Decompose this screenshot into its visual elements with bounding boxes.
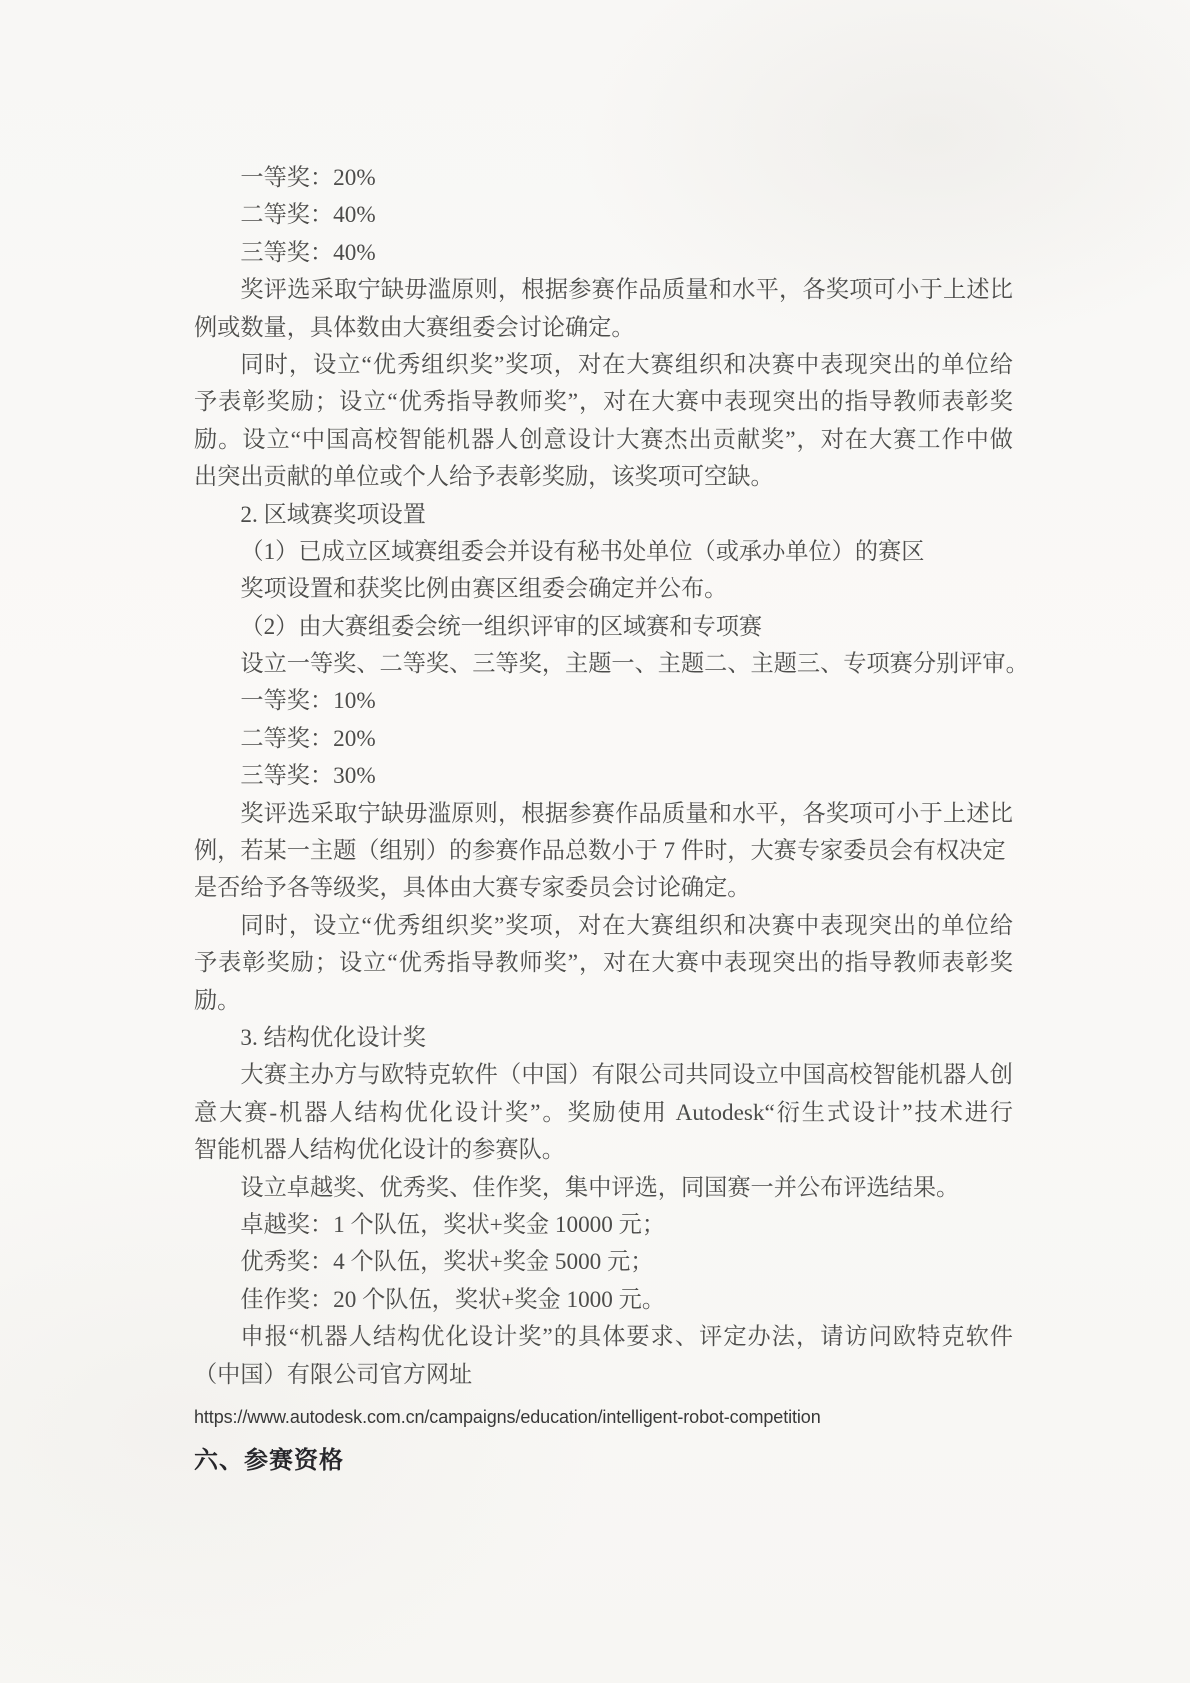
text-line-award-third-prize: 三等奖：30%: [194, 758, 1013, 795]
text-line: 励。: [194, 983, 1013, 1020]
text-line-award-second-prize: 二等奖：40%: [194, 197, 1013, 234]
text-line: 例或数量，具体数由大赛组委会讨论确定。: [194, 310, 1013, 347]
text-line-subsection-2: 2. 区域赛奖项设置: [194, 497, 1013, 534]
text-line-item-1: （1）已成立区域赛组委会并设有秘书处单位（或承办单位）的赛区: [194, 534, 1013, 571]
text-line-award-third-prize: 三等奖：40%: [194, 235, 1013, 272]
text-line: 意大赛-机器人结构优化设计奖”。奖励使用 Autodesk“衍生式设计”技术进行: [194, 1095, 1013, 1132]
text-line: 例，若某一主题（组别）的参赛作品总数小于 7 件时，大赛专家委员会有权决定: [194, 833, 1013, 870]
text-line: 大赛主办方与欧特克软件（中国）有限公司共同设立中国高校智能机器人创: [194, 1057, 1013, 1094]
text-line: 申报“机器人结构优化设计奖”的具体要求、评定办法，请访问欧特克软件: [194, 1319, 1013, 1356]
text-line: 设立卓越奖、优秀奖、佳作奖，集中评选，同国赛一并公布评选结果。: [194, 1170, 1013, 1207]
text-line-award-merit: 优秀奖：4 个队伍，奖状+奖金 5000 元；: [194, 1244, 1013, 1281]
text-line: 是否给予各等级奖，具体由大赛专家委员会讨论确定。: [194, 870, 1013, 907]
text-line: 同时，设立“优秀组织奖”奖项，对在大赛组织和决赛中表现突出的单位给: [194, 908, 1013, 945]
autodesk-competition-url: https://www.autodesk.com.cn/campaigns/ed…: [194, 1399, 1013, 1436]
text-line: 励。设立“中国高校智能机器人创意设计大赛杰出贡献奖”，对在大赛工作中做: [194, 422, 1013, 459]
text-line-award-excellence: 卓越奖：1 个队伍，奖状+奖金 10000 元；: [194, 1207, 1013, 1244]
document-body: 一等奖：20% 二等奖：40% 三等奖：40% 奖评选采取宁缺毋滥原则，根据参赛…: [194, 160, 1013, 1480]
text-line: 奖项设置和获奖比例由赛区组委会确定并公布。: [194, 571, 1013, 608]
text-line-subsection-3: 3. 结构优化设计奖: [194, 1020, 1013, 1057]
text-line: 设立一等奖、二等奖、三等奖，主题一、主题二、主题三、专项赛分别评审。: [194, 646, 1013, 683]
text-line: 智能机器人结构优化设计的参赛队。: [194, 1132, 1013, 1169]
text-line: 出突出贡献的单位或个人给予表彰奖励，该奖项可空缺。: [194, 459, 1013, 496]
text-line: 予表彰奖励；设立“优秀指导教师奖”，对在大赛中表现突出的指导教师表彰奖: [194, 945, 1013, 982]
section-heading-eligibility: 六、参赛资格: [194, 1442, 1013, 1479]
text-line: 奖评选采取宁缺毋滥原则，根据参赛作品质量和水平，各奖项可小于上述比: [194, 272, 1013, 309]
text-line-award-second-prize: 二等奖：20%: [194, 721, 1013, 758]
text-line: 奖评选采取宁缺毋滥原则，根据参赛作品质量和水平，各奖项可小于上述比: [194, 796, 1013, 833]
text-line-award-first-prize: 一等奖：10%: [194, 683, 1013, 720]
text-line-item-2: （2）由大赛组委会统一组织评审的区域赛和专项赛: [194, 609, 1013, 646]
text-line: 同时，设立“优秀组织奖”奖项，对在大赛组织和决赛中表现突出的单位给: [194, 347, 1013, 384]
text-line-award-fine-work: 佳作奖：20 个队伍，奖状+奖金 1000 元。: [194, 1282, 1013, 1319]
text-line: 予表彰奖励；设立“优秀指导教师奖”，对在大赛中表现突出的指导教师表彰奖: [194, 384, 1013, 421]
document-page: 一等奖：20% 二等奖：40% 三等奖：40% 奖评选采取宁缺毋滥原则，根据参赛…: [0, 0, 1190, 1683]
text-line: （中国）有限公司官方网址: [194, 1357, 1013, 1394]
text-line-award-first-prize: 一等奖：20%: [194, 160, 1013, 197]
